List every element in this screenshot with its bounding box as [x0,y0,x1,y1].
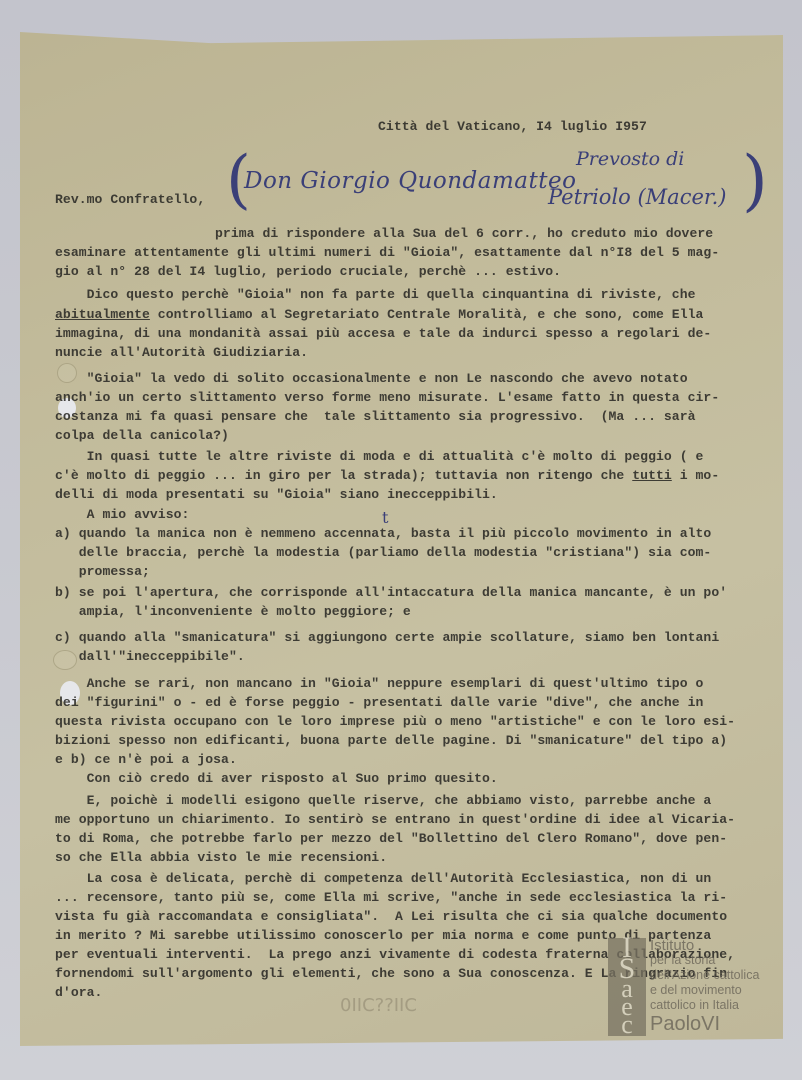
body-line-13: c'è molto di peggio ... in giro per la s… [55,466,719,485]
list-item-a-line-2: delle braccia, perchè la modestia (parli… [55,543,711,562]
body-line-9: anch'io un certo slittamento verso forme… [55,388,719,407]
body-line-4: Dico questo perchè "Gioia" non fa parte … [55,285,696,304]
body-line-25: dei "figurini" o - ed è forse peggio - p… [55,693,703,712]
list-item-b-line-2: ampia, l'inconveniente è molto peggiore;… [55,602,411,621]
handwritten-close-paren: ) [742,148,768,214]
handwritten-place: Petriolo (Macer.) [548,185,727,209]
watermark-text: Istituto per la storia dell'Azione catto… [650,938,759,1035]
body-line-7: nuncie all'Autorità Giudiziaria. [55,343,308,362]
dateline: Città del Vaticano, I4 luglio I957 [378,117,647,136]
underlined-word: tutti [632,468,672,483]
body-line-24: Anche se rari, non mancano in "Gioia" ne… [55,674,703,693]
body-line-31: me opportuno un chiarimento. Io sentirò … [55,810,735,829]
body-line-30: E, poichè i modelli esigono quelle riser… [55,791,711,810]
watermark-monogram: I S a e c [608,938,646,1036]
body-line-2: esaminare attentamente gli ultimi numeri… [55,243,719,262]
body-line-1: prima di rispondere alla Sua del 6 corr.… [215,224,713,243]
underlined-word: abitualmente [55,307,150,322]
handwritten-title: Prevosto di [576,148,684,170]
body-line-40: d'ora. [55,983,102,1002]
body-line-33: so che Ella abbia visto le mie recension… [55,848,387,867]
list-item-a-line-3: promessa; [55,562,150,581]
archive-watermark: I S a e c Istituto per la storia dell'Az… [608,938,774,1038]
body-line-14: delli di moda presentati su "Gioia" sian… [55,485,498,504]
list-item-c-line-1: c) quando alla "smanicatura" si aggiungo… [55,628,719,647]
handwritten-name: Don Giorgio Quondamatteo [244,168,576,194]
body-line-5: abitualmente controlliamo al Segretariat… [55,305,703,324]
body-line-32: to di Roma, che potrebbe farlo per mezzo… [55,829,727,848]
body-line-36: vista fu già raccomandata e consigliata"… [55,907,727,926]
bleed-through-text: 0IIC??IIC [340,995,417,1016]
list-item-c-line-2: dall'"inecceppibile". [55,647,245,666]
handwritten-correction: t [382,508,388,527]
body-line-12: In quasi tutte le altre riviste di moda … [55,447,703,466]
body-line-8: "Gioia" la vedo di solito occasionalment… [55,369,688,388]
body-line-26: questa rivista occupano con le loro impr… [55,712,735,731]
body-line-27: bizioni spesso non edificanti, buona par… [55,731,727,750]
body-line-11: colpa della canicola?) [55,426,229,445]
body-line-29: Con ciò credo di aver risposto al Suo pr… [55,769,498,788]
body-line-6: immagina, di una mondanità assai più acc… [55,324,711,343]
body-line-28: e b) ce n'è poi a josa. [55,750,237,769]
list-item-b-line-1: b) se poi l'apertura, che corrisponde al… [55,583,727,602]
body-line-3: gio al n° 28 del I4 luglio, periodo cruc… [55,262,561,281]
body-line-10: costanza mi fa quasi pensare che tale sl… [55,407,696,426]
body-line-35: ... recensore, tanto più se, come Ella m… [55,888,727,907]
body-line-15: A mio avviso: [55,505,189,524]
body-line-34: La cosa è delicata, perchè di competenza… [55,869,711,888]
salutation: Rev.mo Confratello, [55,190,205,209]
